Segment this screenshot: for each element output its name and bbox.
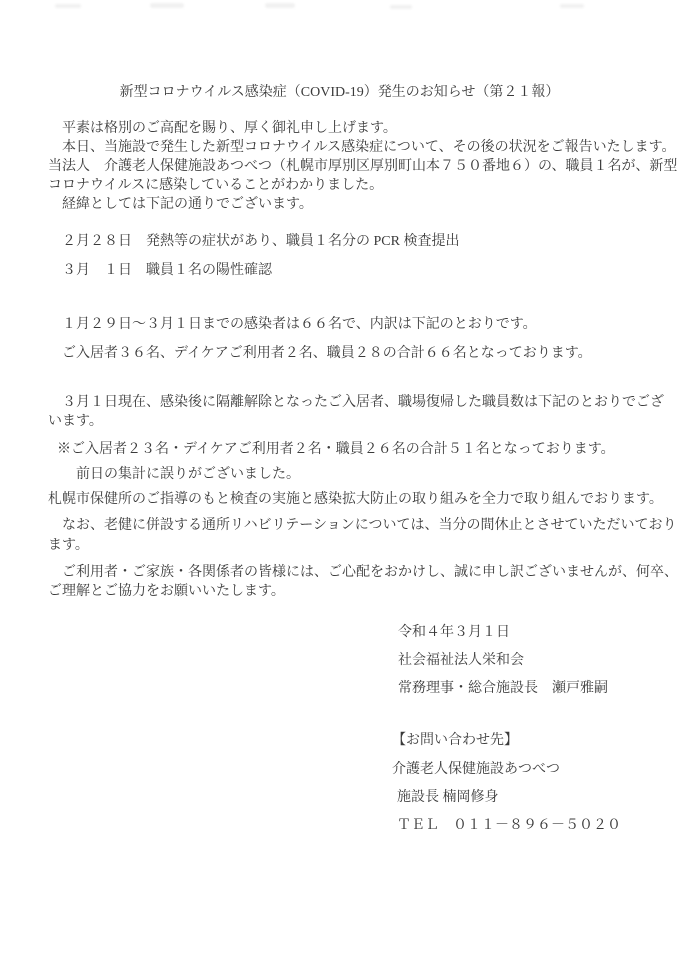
scan-artifact bbox=[150, 3, 184, 8]
scan-artifact bbox=[560, 4, 584, 8]
contact-block: 【お問い合わせ先】 介護老人保健施設あつべつ 施設長 楠岡修身 ＴＥＬ ０１１－… bbox=[392, 731, 621, 835]
recovery-line: ３月１日現在、感染後に隔離解除となったご入居者、職場復帰した職員数は下記のとおり… bbox=[48, 393, 639, 412]
timeline-entry: ２月２８日 発熱等の症状があり、職員１名分の PCR 検査提出 bbox=[48, 232, 639, 251]
intro-paragraph: 平素は格別のご高配を賜り、厚く御礼申し上げます。 本日、当施設で発生した新型コロ… bbox=[48, 119, 639, 214]
intro-line: 経緯としては下記の通りでございます。 bbox=[48, 195, 639, 214]
daycare-closure-section: なお、老健に併設する通所リハビリテーションについては、当分の間休止とさせていただ… bbox=[48, 516, 639, 555]
timeline-section: ２月２８日 発熱等の症状があり、職員１名分の PCR 検査提出 ３月 １日 職員… bbox=[48, 232, 639, 280]
case-summary-line: ご入居者３６名、デイケアご利用者２名、職員２８の合計６６名となっております。 bbox=[48, 344, 639, 363]
closure-line: ます。 bbox=[48, 536, 639, 555]
signature-block: 令和４年３月１日 社会福祉法人栄和会 常務理事・総合施設長 瀬戸雅嗣 bbox=[398, 623, 608, 698]
contact-facility: 介護老人保健施設あつべつ bbox=[392, 760, 621, 779]
scan-artifact bbox=[55, 4, 81, 8]
apology-section: ご利用者・ご家族・各関係者の皆様には、ご心配をおかけし、誠に申し訳ございませんが… bbox=[48, 563, 639, 601]
document-title: 新型コロナウイルス感染症（COVID-19）発生のお知らせ（第２１報） bbox=[120, 85, 560, 100]
recovery-section: ３月１日現在、感染後に隔離解除となったご入居者、職場復帰した職員数は下記のとおり… bbox=[48, 393, 639, 484]
closure-line: なお、老健に併設する通所リハビリテーションについては、当分の間休止とさせていただ… bbox=[48, 516, 639, 535]
recovery-line: います。 bbox=[48, 412, 639, 431]
contact-tel: ＴＥＬ ０１１－８９６－５０２０ bbox=[392, 816, 621, 835]
contact-heading: 【お問い合わせ先】 bbox=[392, 731, 621, 750]
signature-date: 令和４年３月１日 bbox=[398, 623, 608, 642]
measures-section: 札幌市保健所のご指導のもと検査の実施と感染拡大防止の取り組みを全力で取り組んでお… bbox=[48, 490, 639, 509]
intro-line: 当法人 介護老人保健施設あつべつ（札幌市厚別区厚別町山本７５０番地６）の、職員１… bbox=[48, 157, 639, 176]
measures-line: 札幌市保健所のご指導のもと検査の実施と感染拡大防止の取り組みを全力で取り組んでお… bbox=[48, 490, 639, 509]
intro-line: 平素は格別のご高配を賜り、厚く御礼申し上げます。 bbox=[48, 119, 639, 138]
intro-line: コロナウイルスに感染していることがわかりました。 bbox=[48, 176, 639, 195]
contact-director: 施設長 楠岡修身 bbox=[392, 788, 621, 807]
timeline-entry: ３月 １日 職員１名の陽性確認 bbox=[48, 261, 639, 280]
signature-signer: 常務理事・総合施設長 瀬戸雅嗣 bbox=[398, 679, 608, 698]
scan-artifact bbox=[390, 5, 412, 9]
document-page: 新型コロナウイルス感染症（COVID-19）発生のお知らせ（第２１報） 平素は格… bbox=[0, 0, 679, 960]
case-summary-line: １月２９日～３月１日までの感染者は６６名で、内訳は下記のとおりです。 bbox=[48, 315, 639, 334]
scan-artifact bbox=[265, 3, 295, 8]
recovery-correction-line: 前日の集計に誤りがございました。 bbox=[48, 465, 639, 484]
case-summary-section: １月２９日～３月１日までの感染者は６６名で、内訳は下記のとおりです。 ご入居者３… bbox=[48, 315, 639, 363]
intro-line: 本日、当施設で発生した新型コロナウイルス感染症について、その後の状況をご報告いた… bbox=[48, 138, 639, 157]
apology-line: ご利用者・ご家族・各関係者の皆様には、ご心配をおかけし、誠に申し訳ございませんが… bbox=[48, 563, 639, 582]
signature-organization: 社会福祉法人栄和会 bbox=[398, 651, 608, 670]
apology-line: ご理解とご協力をお願いいたします。 bbox=[48, 582, 639, 601]
recovery-note-line: ※ご入居者２３名・デイケアご利用者２名・職員２６名の合計５１名となっております。 bbox=[48, 440, 639, 459]
